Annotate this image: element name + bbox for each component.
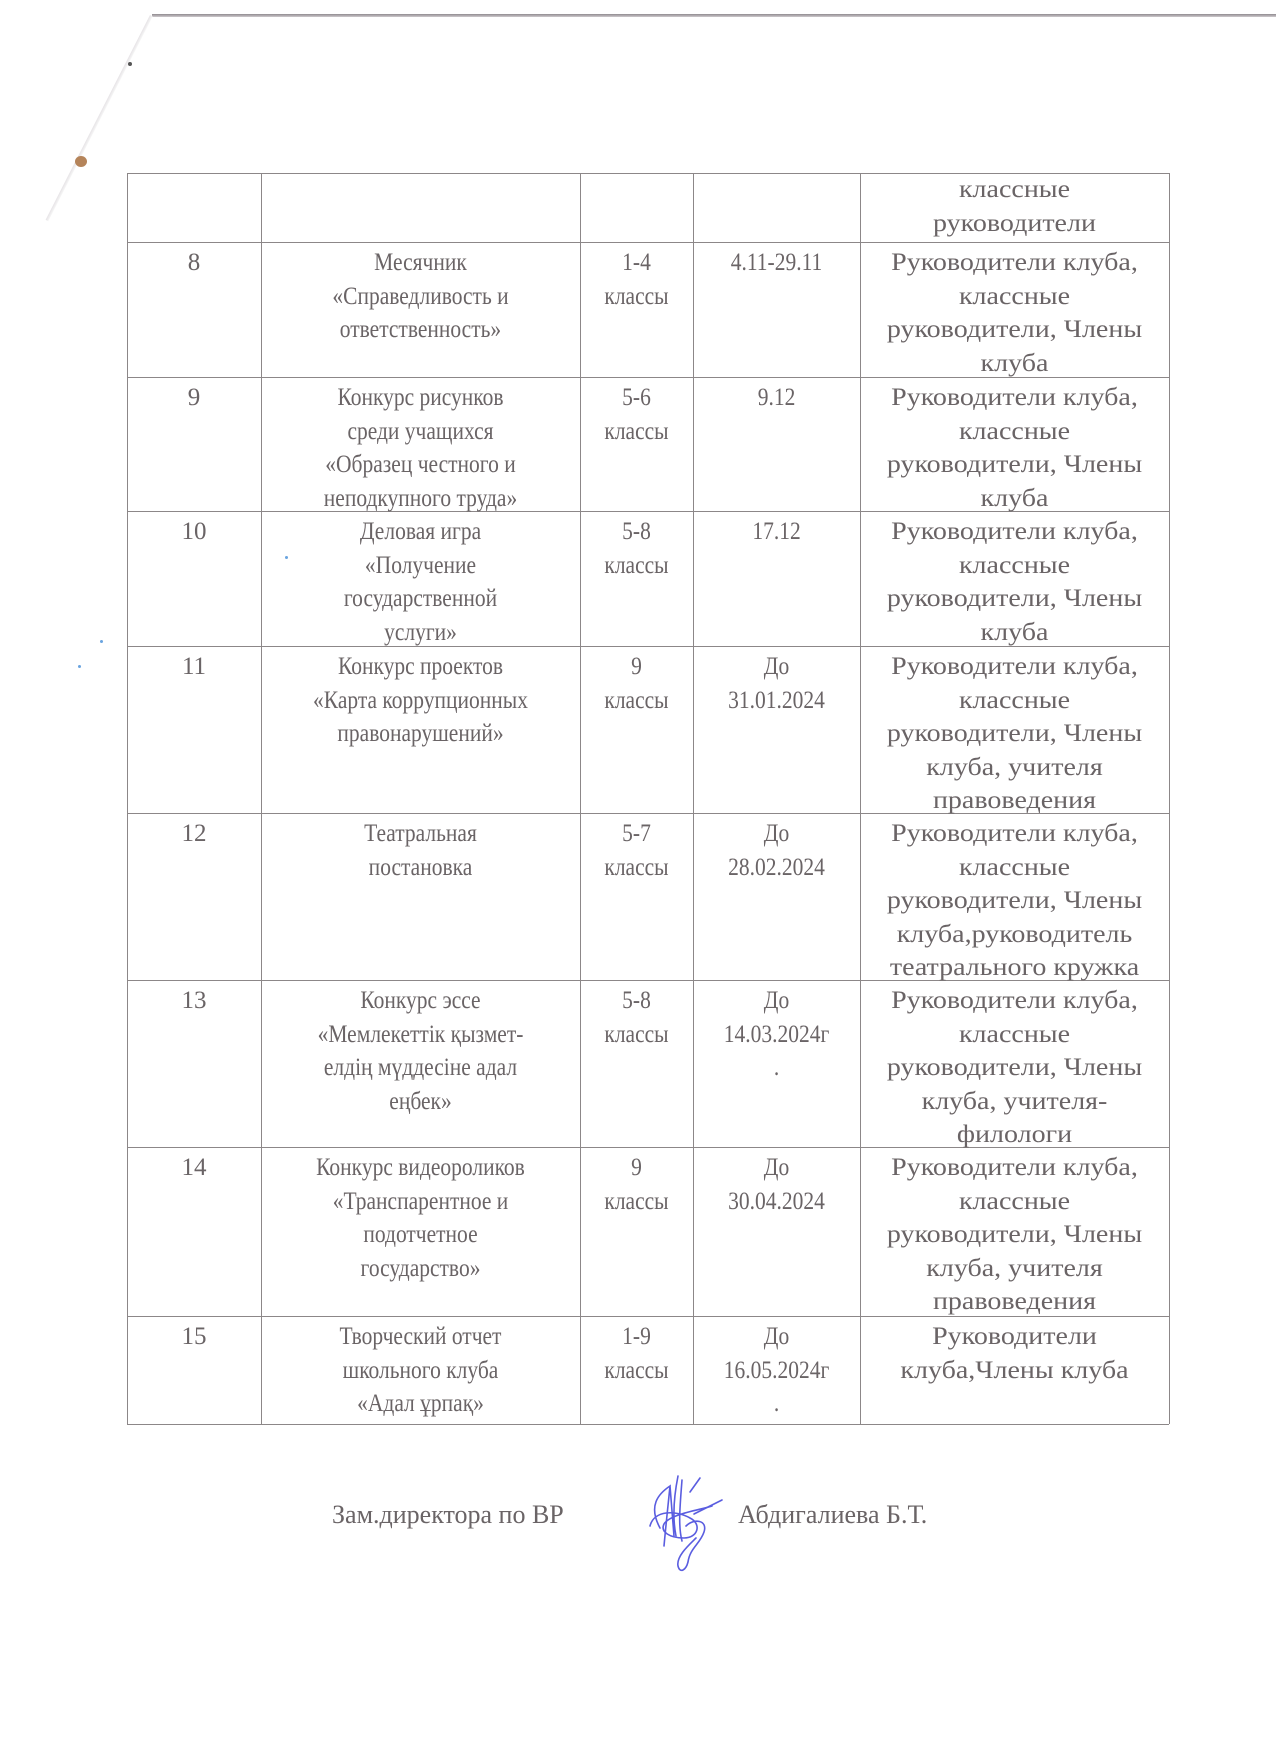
- cell-event-date: До 14.03.2024г .: [693, 980, 860, 1147]
- participant-classes-text: 5-6 классы: [588, 381, 685, 448]
- row-number-text: 13: [127, 984, 261, 1018]
- cell-participant-classes: [580, 173, 693, 242]
- responsible-persons-text: Руководители клуба, классные руководител…: [841, 515, 1187, 649]
- responsible-persons-text: классные руководители: [841, 173, 1187, 240]
- row-number-text: 10: [127, 515, 261, 549]
- cell-participant-classes: 5-6 классы: [580, 377, 693, 511]
- event-date-text: До 16.05.2024г .: [705, 1320, 849, 1421]
- cell-event-name: Конкурс проектов «Карта коррупционных пр…: [261, 646, 580, 813]
- event-date-text: 9.12: [705, 381, 849, 415]
- cell-responsible-persons: Руководители клуба, классные руководител…: [860, 813, 1169, 980]
- participant-classes-text: 1-9 классы: [588, 1320, 685, 1387]
- event-name-text: Конкурс рисунков среди учащихся «Образец…: [283, 381, 557, 515]
- cell-event-name: Театральная постановка: [261, 813, 580, 980]
- responsible-persons-text: Руководители клуба, классные руководител…: [841, 984, 1187, 1152]
- cell-participant-classes: 9 классы: [580, 1147, 693, 1316]
- cell-event-date: 4.11-29.11: [693, 242, 860, 377]
- cell-row-number: 8: [127, 242, 261, 377]
- event-date-text: 4.11-29.11: [705, 246, 849, 280]
- cell-responsible-persons: Руководители клуба, классные руководител…: [860, 1147, 1169, 1316]
- cell-event-date: 9.12: [693, 377, 860, 511]
- cell-row-number: 14: [127, 1147, 261, 1316]
- signature-name: Абдигалиева Б.Т.: [738, 1500, 927, 1530]
- cell-row-number: 11: [127, 646, 261, 813]
- cell-row-number: 10: [127, 511, 261, 646]
- cell-responsible-persons: Руководители клуба, классные руководител…: [860, 377, 1169, 511]
- cell-responsible-persons: Руководители клуба, классные руководител…: [860, 646, 1169, 813]
- cell-participant-classes: 5-7 классы: [580, 813, 693, 980]
- row-number-text: 15: [127, 1320, 261, 1354]
- participant-classes-text: 9 классы: [588, 650, 685, 717]
- row-number-text: 8: [127, 246, 261, 280]
- scan-page-edge-top: [152, 14, 1276, 17]
- event-date-text: До 28.02.2024: [705, 817, 849, 884]
- participant-classes-text: 5-8 классы: [588, 515, 685, 582]
- responsible-persons-text: Руководители клуба, классные руководител…: [841, 817, 1187, 985]
- event-date-text: До 30.04.2024: [705, 1151, 849, 1218]
- event-name-text: Деловая игра «Получение государственной …: [283, 515, 557, 649]
- cell-event-date: До 28.02.2024: [693, 813, 860, 980]
- event-date-text: 17.12: [705, 515, 849, 549]
- event-date-text: До 14.03.2024г .: [705, 984, 849, 1085]
- cell-event-name: [261, 173, 580, 242]
- cell-event-name: Творческий отчет школьного клуба «Адал ұ…: [261, 1316, 580, 1424]
- cell-responsible-persons: классные руководители: [860, 173, 1169, 242]
- cell-event-date: До 31.01.2024: [693, 646, 860, 813]
- cell-responsible-persons: Руководители клуба, классные руководител…: [860, 980, 1169, 1147]
- table-row-divider: [127, 1424, 1169, 1425]
- cell-row-number: 15: [127, 1316, 261, 1424]
- event-date-text: До 31.01.2024: [705, 650, 849, 717]
- signature-title: Зам.директора по ВР: [332, 1500, 564, 1530]
- cell-row-number: 12: [127, 813, 261, 980]
- cell-row-number: 13: [127, 980, 261, 1147]
- responsible-persons-text: Руководители клуба,Члены клуба: [841, 1320, 1187, 1387]
- event-name-text: Месячник «Справедливость и ответственнос…: [283, 246, 557, 347]
- responsible-persons-text: Руководители клуба, классные руководител…: [841, 1151, 1187, 1319]
- cell-event-date: [693, 173, 860, 242]
- event-name-text: Конкурс проектов «Карта коррупционных пр…: [283, 650, 557, 751]
- cell-event-name: Конкурс видеороликов «Транспарентное и п…: [261, 1147, 580, 1316]
- cell-event-name: Деловая игра «Получение государственной …: [261, 511, 580, 646]
- scan-speck: [100, 640, 103, 643]
- cell-participant-classes: 9 классы: [580, 646, 693, 813]
- participant-classes-text: 5-7 классы: [588, 817, 685, 884]
- cell-event-date: До 16.05.2024г .: [693, 1316, 860, 1424]
- responsible-persons-text: Руководители клуба, классные руководител…: [841, 650, 1187, 818]
- cell-event-name: Конкурс рисунков среди учащихся «Образец…: [261, 377, 580, 511]
- cell-participant-classes: 5-8 классы: [580, 980, 693, 1147]
- cell-responsible-persons: Руководители клуба, классные руководител…: [860, 511, 1169, 646]
- cell-participant-classes: 1-4 классы: [580, 242, 693, 377]
- cell-event-date: До 30.04.2024: [693, 1147, 860, 1316]
- cell-participant-classes: 1-9 классы: [580, 1316, 693, 1424]
- event-name-text: Конкурс видеороликов «Транспарентное и п…: [283, 1151, 557, 1285]
- cell-row-number: 9: [127, 377, 261, 511]
- responsible-persons-text: Руководители клуба, классные руководител…: [841, 381, 1187, 515]
- event-name-text: Театральная постановка: [283, 817, 557, 884]
- cell-event-name: Месячник «Справедливость и ответственнос…: [261, 242, 580, 377]
- scan-stain: [75, 156, 87, 167]
- responsible-persons-text: Руководители клуба, классные руководител…: [841, 246, 1187, 380]
- signature-block: Зам.директора по ВР Абдигалиева Б.Т.: [0, 1488, 1276, 1568]
- cell-participant-classes: 5-8 классы: [580, 511, 693, 646]
- event-name-text: Конкурс эссе «Мемлекеттік қызмет- елдің …: [283, 984, 557, 1118]
- participant-classes-text: 9 классы: [588, 1151, 685, 1218]
- scan-speck: [78, 665, 81, 668]
- row-number-text: 12: [127, 817, 261, 851]
- cell-event-name: Конкурс эссе «Мемлекеттік қызмет- елдің …: [261, 980, 580, 1147]
- row-number-text: 14: [127, 1151, 261, 1185]
- row-number-text: 11: [127, 650, 261, 684]
- scan-dot: [128, 62, 132, 66]
- event-name-text: Творческий отчет школьного клуба «Адал ұ…: [283, 1320, 557, 1421]
- cell-event-date: 17.12: [693, 511, 860, 646]
- cell-row-number: [127, 173, 261, 242]
- cell-responsible-persons: Руководители клуба, классные руководител…: [860, 242, 1169, 377]
- activity-plan-table: классные руководители8Месячник «Справедл…: [127, 173, 1169, 1424]
- cell-responsible-persons: Руководители клуба,Члены клуба: [860, 1316, 1169, 1424]
- participant-classes-text: 1-4 классы: [588, 246, 685, 313]
- row-number-text: 9: [127, 381, 261, 415]
- participant-classes-text: 5-8 классы: [588, 984, 685, 1051]
- handwritten-signature-icon: [630, 1466, 730, 1576]
